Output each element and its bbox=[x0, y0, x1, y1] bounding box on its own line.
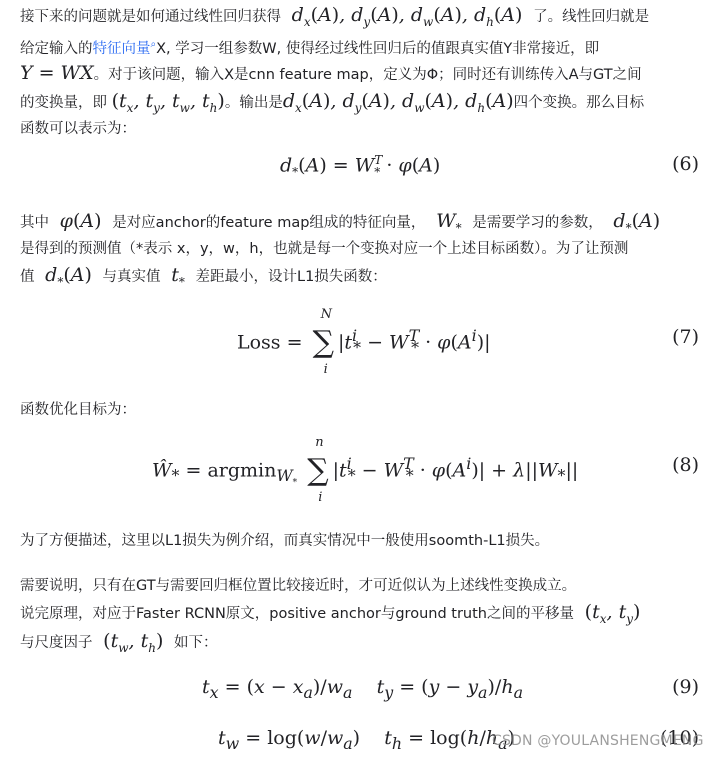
equation-9: tx = (x − xa)/wa ty = (y − ya)/ha (9) bbox=[0, 676, 715, 716]
equation-8-number: (8) bbox=[672, 454, 699, 476]
principle-line-3: 与尺度因子 (tw, th) 如下： bbox=[20, 628, 218, 654]
equation-6: d*(A) = WT* · φ(A) (6) bbox=[0, 153, 715, 193]
equation-8-body: Ŵ* = argminW* ∑ni|ti* − WT* · φ(Ai)| + λ… bbox=[152, 454, 578, 488]
feature-vector-link[interactable]: 特征向量 bbox=[93, 41, 151, 57]
intro-line-1: 接下来的问题就是如何通过线性回归获得 dx(A), dy(A), dw(A), … bbox=[20, 2, 649, 28]
intro-line-4: 的变换量，即 (tx, ty, tw, th)。输出是dx(A), dy(A),… bbox=[20, 88, 644, 114]
principle-line-2: 说完原理，对应于Faster RCNN原文，positive anchor与gr… bbox=[20, 599, 640, 625]
intro-line-3: Y = WX。对于该问题，输入X是cnn feature map，定义为Φ；同时… bbox=[20, 60, 642, 86]
intro-line-2: 给定输入的特征向量⌕X, 学习一组参数W, 使得经过线性回归后的值跟真实值Y非常… bbox=[20, 32, 599, 58]
math-dx-dy-dw-dh: dx(A), dy(A), dw(A), dh(A) bbox=[286, 4, 529, 26]
csdn-watermark: CSDN @YOULANSHENGMENG bbox=[492, 733, 704, 749]
equation-9-number: (9) bbox=[672, 676, 699, 698]
math-t-tuple: (tx, ty, tw, th) bbox=[112, 90, 225, 112]
equation-6-body: d*(A) = WT* · φ(A) bbox=[280, 153, 440, 179]
equation-10-body: tw = log(w/wa) th = log(h/ha) bbox=[218, 727, 515, 753]
math-d-outputs: dx(A), dy(A), dw(A), dh(A) bbox=[283, 90, 514, 112]
math-y-equals-wx: Y = WX bbox=[20, 62, 94, 84]
equation-8: Ŵ* = argminW* ∑ni|ti* − WT* · φ(Ai)| + λ… bbox=[0, 450, 715, 490]
equation-7: Loss = ∑Ni|ti* − WT* · φ(Ai)| (7) bbox=[0, 322, 715, 362]
equation-6-number: (6) bbox=[672, 153, 699, 175]
definitions-line-2: 是得到的预测值（*表示 x，y，w，h，也就是每一个变换对应一个上述目标函数）。… bbox=[20, 236, 628, 262]
equation-9-body: tx = (x − xa)/wa ty = (y − ya)/ha bbox=[202, 676, 523, 702]
paragraph-loss-note: 为了方便描述，这里以L1损失为例介绍，而真实情况中一般使用soomth-L1损失… bbox=[20, 528, 549, 554]
definitions-line-1: 其中 φ(A) 是对应anchor的feature map组成的特征向量， W*… bbox=[20, 208, 660, 234]
principle-line-1: 需要说明，只有在GT与需要回归框位置比较接近时，才可近似认为上述线性变换成立。 bbox=[20, 573, 576, 599]
paragraph-optimization: 函数优化目标为： bbox=[20, 397, 136, 423]
summation-symbol: ∑Ni bbox=[313, 328, 334, 358]
definitions-line-3: 值 d*(A) 与真实值 t* 差距最小，设计L1损失函数： bbox=[20, 262, 387, 288]
equation-7-number: (7) bbox=[672, 326, 699, 348]
equation-7-body: Loss = ∑Ni|ti* − WT* · φ(Ai)| bbox=[237, 326, 491, 358]
intro-line-5: 函数可以表示为： bbox=[20, 116, 136, 142]
summation-symbol: ∑ni bbox=[307, 456, 328, 486]
